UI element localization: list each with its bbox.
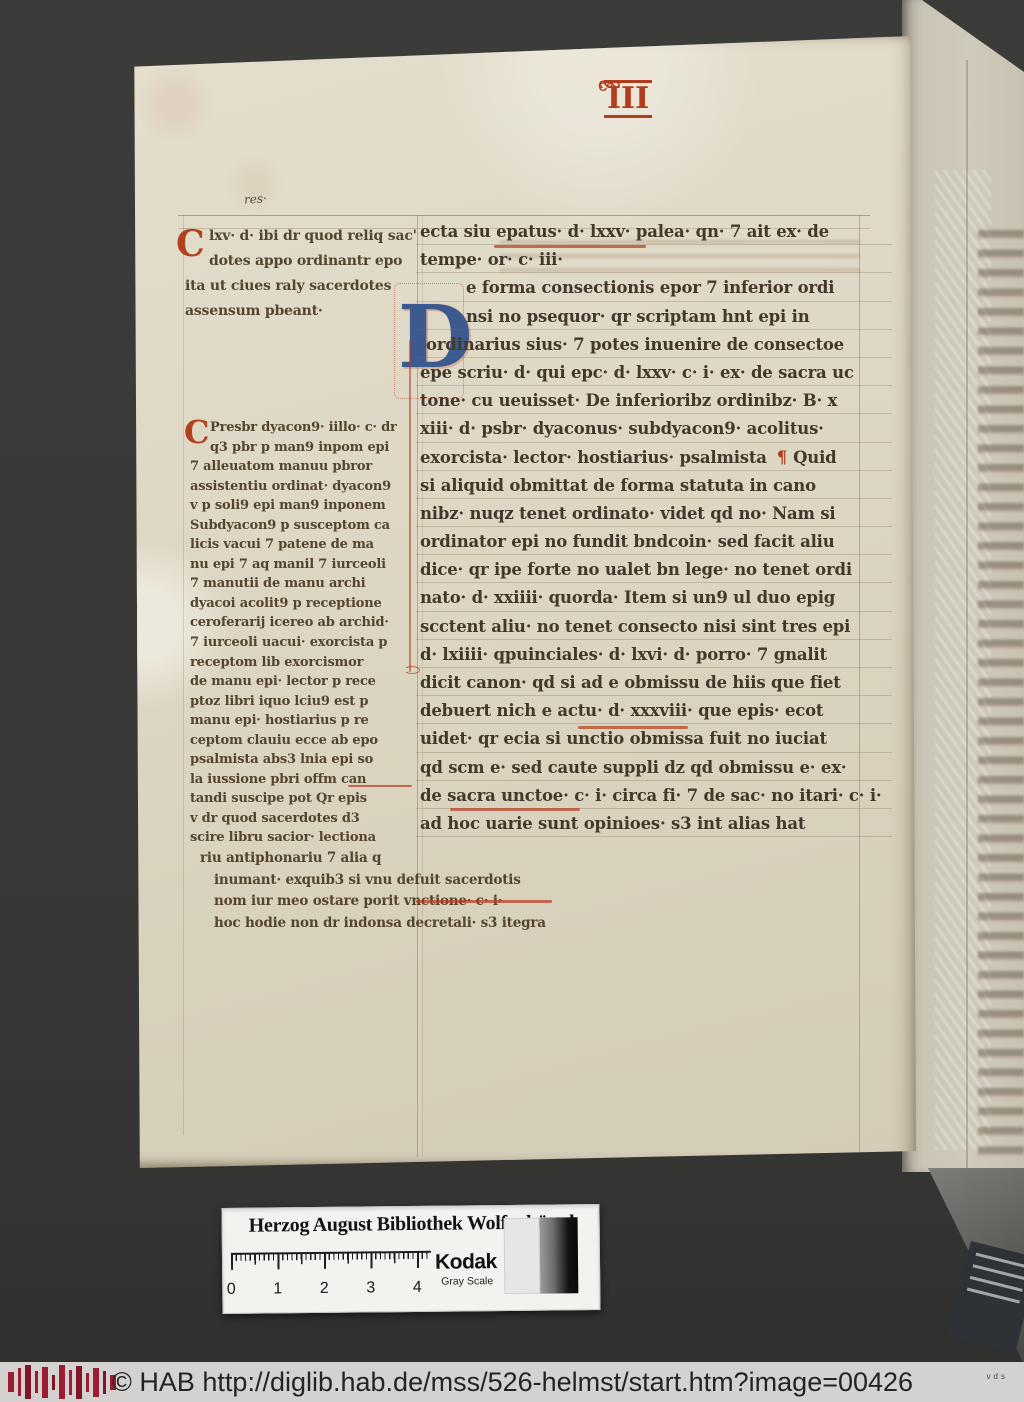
cm-ruler: 0 1 2 3 4 — [231, 1251, 434, 1309]
gloss-line: v p soli9 epi man9 inponem — [190, 496, 420, 516]
gloss-line: ita ut ciues raly sacerdotes — [185, 274, 423, 299]
margin-gloss-main: Presbr dyacon9· iillo· c· dr q3 pbr p ma… — [190, 418, 420, 848]
digitized-manuscript-photo: c∾III∾ res· C lxv· d· ibi dr quod reliq … — [0, 0, 1024, 1402]
rubric-underline — [416, 900, 552, 903]
text-line: dice· qr ipe forte no ualet bn lege· no … — [420, 556, 882, 584]
text-line: epe scriu· d· qui epc· d· lxxv· c· i· ex… — [420, 359, 882, 387]
rubric-underline — [348, 785, 412, 787]
penwork-filigree-line — [409, 340, 411, 672]
gloss-line: Subdyacon9 p susceptom ca — [190, 516, 420, 536]
text-line: qd scm e· sed caute suppli dz qd obmissu… — [420, 754, 882, 782]
ruling-line-horizontal — [178, 215, 870, 216]
text-line: debuert nich e actu· d· xxxviii· que epi… — [420, 697, 882, 725]
rubric-underline — [494, 245, 646, 248]
ruler-number: 2 — [320, 1280, 329, 1298]
gloss-line: ceroferarij icereo ab archid· — [190, 613, 420, 633]
text-line: exorcista· lector· hostiarius· psalmista… — [420, 444, 882, 472]
manuscript-page: c∾III∾ res· C lxv· d· ibi dr quod reliq … — [128, 36, 916, 1168]
rubric-pilcrow: ¶ — [777, 448, 787, 467]
ruler-number: 1 — [273, 1280, 282, 1298]
text-line: ordinator epi no fundit bndcoin· sed fac… — [420, 528, 882, 556]
gloss-line: assensum pbeant· — [185, 299, 423, 324]
gray-patch-light — [504, 1218, 541, 1294]
text-line: d· lxiiii· qpuinciales· d· lxvi· d· porr… — [420, 641, 882, 669]
text-line: tempe· or· c· iii· — [420, 246, 882, 274]
gloss-line: hoc hodie non dr indonsa decretali· s3 i… — [214, 913, 546, 935]
gloss-line: 7 alleuatom manuu pbror — [190, 457, 420, 477]
gloss-line: 7 manutii de manu archi — [190, 574, 420, 594]
gloss-line: q3 pbr p man9 inpom epi — [190, 438, 420, 458]
gloss-line: tandi suscipe pot Qr epis — [190, 789, 420, 809]
gloss-line: riu antiphonariu 7 alia q — [200, 848, 546, 870]
spine-label — [947, 1241, 1024, 1353]
gloss-line: psalmista abs3 lnia epi so — [190, 750, 420, 770]
gray-scale-label: Gray Scale — [441, 1275, 493, 1288]
gray-scale-patches-icon — [504, 1217, 579, 1294]
text-line: scctent aliu· no tenet consecto nisi sin… — [420, 613, 882, 641]
gray-patch-dark — [540, 1217, 579, 1293]
rubric-flourish-right: ∾ — [598, 74, 612, 97]
gloss-line: dyacoi acolit9 p receptione — [190, 594, 420, 614]
next-folio-fold-line — [966, 60, 968, 1170]
gloss-line: v dr quod sacerdotes d3 — [190, 809, 420, 829]
library-scale-card: Herzog August Bibliothek Wolfenbüttel 0 … — [221, 1204, 600, 1314]
ruler-ticks-major — [231, 1252, 431, 1270]
text-line: nato· d· xxiiii· quorda· Item si un9 ul … — [420, 584, 882, 612]
gloss-line: scire libru sacior· lectiona — [190, 828, 420, 848]
text-segment: Quid — [793, 448, 836, 467]
catchword: res· — [244, 191, 268, 207]
next-folio-blurred-text — [978, 230, 1024, 1160]
corner-mark: vds — [987, 1372, 1008, 1381]
text-line: uidet· qr ecia si unctio obmissa fuit no… — [420, 725, 882, 753]
caption-bar: © HAB http://diglib.hab.de/mss/526-helms… — [0, 1362, 1024, 1402]
gloss-line: nu epi 7 aq manil 7 iurceoli — [190, 555, 420, 575]
next-folio-edge — [902, 0, 1024, 1172]
bottom-gloss: riu antiphonariu 7 alia q inumant· exqui… — [200, 848, 546, 934]
rubric-underline — [578, 726, 688, 729]
text-line: ordinarius sius· 7 potes inuenire de con… — [420, 331, 882, 359]
text-line: nsi no psequor· qr scriptam hnt epi in — [420, 303, 882, 331]
margin-gloss-top: lxv· d· ibi dr quod reliq sac' dotes app… — [185, 224, 423, 324]
text-line: ad hoc uarie sunt opinioes· s3 int alias… — [420, 810, 882, 838]
text-line: si aliquid obmittat de forma statuta in … — [420, 472, 882, 500]
ruler-number: 4 — [413, 1279, 422, 1297]
gloss-line: Presbr dyacon9· iillo· c· dr — [190, 418, 420, 438]
text-segment: exorcista· lector· hostiarius· psalmista — [420, 448, 767, 467]
text-line: e forma consectionis epor 7 inferior ord… — [420, 274, 882, 302]
gloss-line: 7 iurceoli uacui· exorcista p — [190, 633, 420, 653]
gloss-line: ceptom clauiu ecce ab epo — [190, 731, 420, 751]
copyright-caption: © HAB http://diglib.hab.de/mss/526-helms… — [112, 1362, 913, 1402]
kodak-brand: Kodak — [435, 1250, 497, 1275]
ruler-number: 3 — [366, 1279, 375, 1297]
ruler-number: 0 — [227, 1281, 236, 1299]
gloss-line: lxv· d· ibi dr quod reliq sac' — [185, 224, 423, 249]
main-text-column: ecta siu epatus· d· lxxv· palea· qn· 7 a… — [420, 218, 882, 838]
rubric-squiggle — [404, 666, 420, 674]
text-line: dicit canon· qd si ad e obmissu de hiis … — [420, 669, 882, 697]
gloss-line: inumant· exquib3 si vnu defuit sacerdoti… — [214, 870, 546, 892]
gloss-line: licis vacui 7 patene de ma — [190, 535, 420, 555]
text-line: tone· cu ueuisset· De inferioribz ordini… — [420, 387, 882, 415]
text-line: ecta siu epatus· d· lxxv· palea· qn· 7 a… — [420, 218, 882, 246]
gloss-line: receptom lib exorcismor — [190, 653, 420, 673]
gloss-line: manu epi· hostiarius p re — [190, 711, 420, 731]
gloss-line: dotes appo ordinantr epo — [185, 249, 423, 274]
hab-barcode-logo-icon — [8, 1365, 116, 1399]
text-line: de sacra unctoe· c· i· circa fi· 7 de sa… — [420, 782, 882, 810]
ruling-line-vertical — [183, 215, 184, 1135]
text-line: xiii· d· psbr· dyaconus· subdyacon9· aco… — [420, 415, 882, 443]
rubric-underline — [450, 808, 580, 811]
gloss-line: de manu epi· lector p rece — [190, 672, 420, 692]
gloss-line: assistentiu ordinat· dyacon9 — [190, 477, 420, 497]
gloss-line: ptoz libri iquo lciu9 est p — [190, 692, 420, 712]
text-line: nibz· nuqz tenet ordinato· videt qd no· … — [420, 500, 882, 528]
